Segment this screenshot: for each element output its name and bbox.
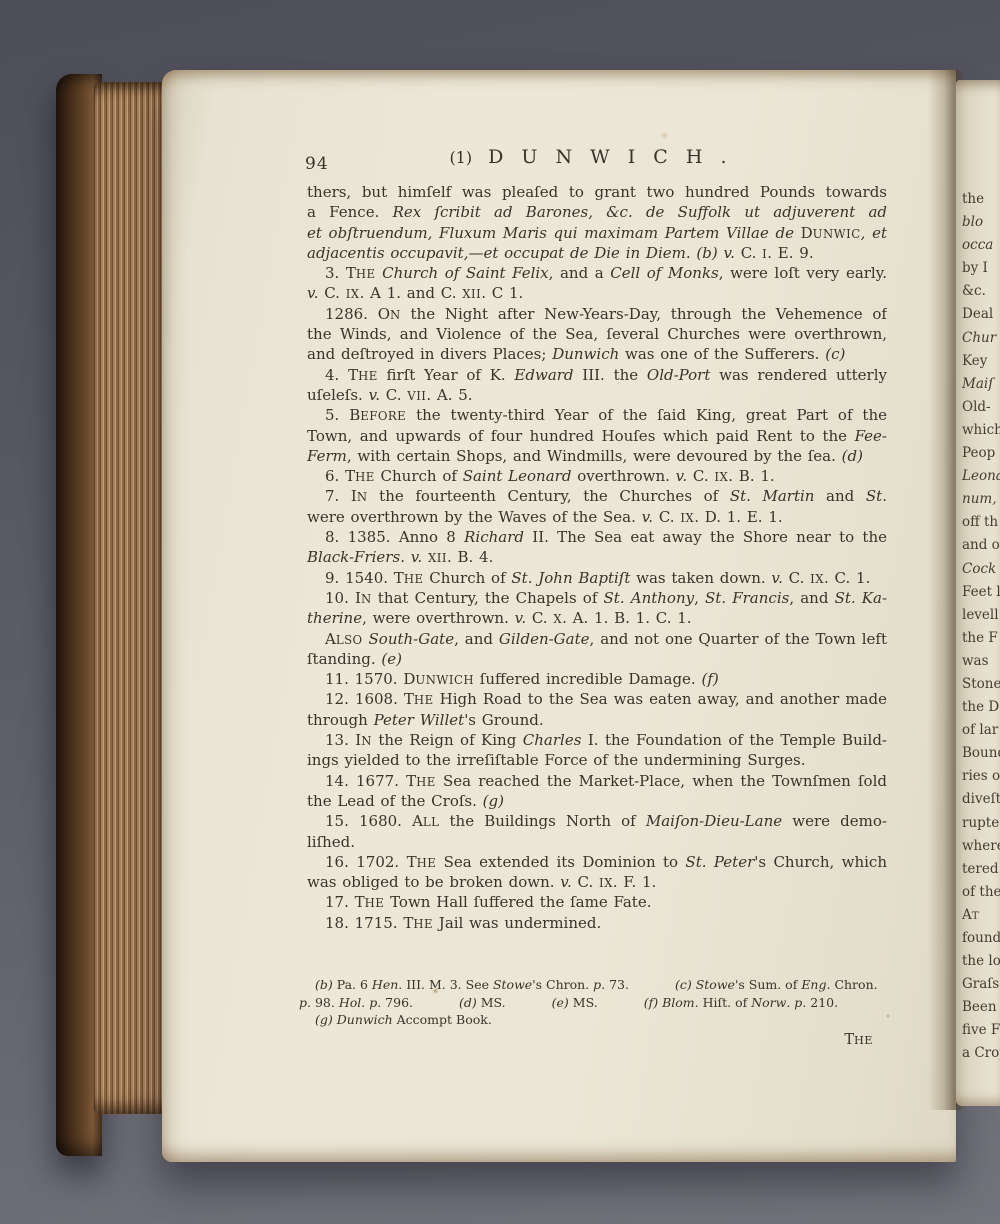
text-segment: T xyxy=(406,772,416,790)
text-segment: (d) xyxy=(459,995,477,1010)
text-segment: IX xyxy=(346,287,360,301)
text-fragment-line: Bound xyxy=(962,742,1000,765)
text-line: therine, were overthrown. v. C. X. A. 1.… xyxy=(307,608,887,628)
text-segment: C. xyxy=(687,467,714,485)
text-segment: Gilden-Gate xyxy=(499,630,590,648)
text-segment: Church of Saint Felix xyxy=(382,264,549,282)
text-segment: that Century, the Chapels of xyxy=(372,589,604,607)
text-segment: . D. 1. E. 1. xyxy=(694,508,782,526)
text-segment: ings yielded to the irreſiſtable Force o… xyxy=(307,751,805,769)
text-fragment-line: blo xyxy=(962,211,1000,234)
text-segment: THE xyxy=(348,366,378,384)
text-segment: Hol xyxy=(339,995,361,1010)
text-line: 5. BEFORE the twenty-third Year of the ſ… xyxy=(307,405,887,425)
text-line: 6. THE Church of Saint Leonard overthrow… xyxy=(307,466,887,486)
text-segment: Been (b xyxy=(962,999,1000,1015)
text-segment: LL xyxy=(423,815,439,829)
text-segment: 18. 1715. xyxy=(325,914,403,932)
text-fragment-line: &c. xyxy=(962,280,1000,303)
text-segment: HE xyxy=(416,775,436,789)
page-fore-edges xyxy=(94,82,170,1114)
text-line: 10. IN that Century, the Chapels of St. … xyxy=(307,588,887,608)
left-page: 94 (1)DUNWICH. thers, but himſelf was pl… xyxy=(162,70,956,1162)
text-segment: I. the Foundation of the Temple Build- xyxy=(581,731,887,749)
text-segment: Accompt Book. xyxy=(393,1012,492,1027)
text-line: v. C. IX. A 1. and C. XII. C 1. xyxy=(307,283,887,303)
text-segment: were overthrown by the Waves of the Sea. xyxy=(307,508,642,526)
text-segment: Old- xyxy=(962,399,991,415)
text-segment: Church of xyxy=(375,467,463,485)
text-fragment-line: the xyxy=(962,188,1000,211)
text-line: liſhed. xyxy=(307,832,887,852)
text-segment: Leona xyxy=(962,468,1000,484)
text-segment: rupted xyxy=(962,815,1000,831)
text-segment: . C. 1. xyxy=(824,569,870,587)
text-segment: HE xyxy=(404,572,424,586)
text-segment: levell xyxy=(962,607,999,623)
text-line: ALSO South-Gate, and Gilden-Gate, and no… xyxy=(307,629,887,649)
text-segment: HE xyxy=(365,896,385,910)
text-segment: a Crop xyxy=(962,1045,1000,1061)
text-segment: D xyxy=(801,224,813,242)
text-segment: 17. xyxy=(325,893,355,911)
text-segment: and xyxy=(814,487,865,505)
text-segment: 's Ground. xyxy=(464,711,543,729)
text-segment: Deal xyxy=(962,306,993,322)
text-segment: T xyxy=(844,1032,854,1048)
text-segment: , xyxy=(694,589,705,607)
text-line: the Lead of the Croſs. (g) xyxy=(307,791,887,811)
text-fragment-line: Leona xyxy=(962,465,1000,488)
text-segment: 9. 1540. xyxy=(325,569,394,587)
text-segment: 4. xyxy=(325,366,348,384)
text-segment: Dunwich xyxy=(552,345,619,363)
next-page-edge: theblooccaby I&c.DealChurKeyMaiſOld-whic… xyxy=(956,80,1000,1106)
text-segment: the F xyxy=(962,630,998,646)
text-segment: N xyxy=(361,734,372,748)
text-segment: ALSO xyxy=(325,630,363,648)
text-segment: . Hiſt. of xyxy=(695,995,752,1010)
text-line: p. 98. Hol. p. 796.(d) MS.(e) MS.(f) Blo… xyxy=(299,994,885,1012)
text-segment: IN xyxy=(355,589,372,607)
text-segment: Saint Leonard xyxy=(463,467,572,485)
text-segment: THE xyxy=(403,914,433,932)
text-segment: (c) xyxy=(675,977,692,992)
text-segment: v. xyxy=(642,508,653,526)
text-fragment-line: of lar xyxy=(962,719,1000,742)
text-segment: the twenty-third Year of the ſaid King, … xyxy=(406,406,887,424)
text-segment: N xyxy=(357,490,368,504)
text-fragment-line: the low xyxy=(962,950,1000,973)
text-segment: IX xyxy=(680,511,694,525)
text-fragment-line: was xyxy=(962,650,1000,673)
text-segment: Bound xyxy=(962,745,1000,761)
text-segment: 16. 1702. xyxy=(325,853,407,871)
text-segment: (e) xyxy=(381,650,402,668)
text-line: (g) Dunwich Accompt Book. xyxy=(299,1011,885,1029)
running-header: (1)DUNWICH. xyxy=(307,146,887,168)
text-segment: was obliged to be broken down. xyxy=(307,873,560,891)
text-fragment-line: five Fe xyxy=(962,1019,1000,1042)
text-fragment-line: num, xyxy=(962,488,1000,511)
text-segment: . F. 1. xyxy=(613,873,656,891)
text-segment: T xyxy=(355,893,365,911)
text-segment: . C 1. xyxy=(481,284,523,302)
text-segment: IN xyxy=(351,487,368,505)
text-segment: (b) xyxy=(315,977,333,992)
text-segment: THE xyxy=(355,893,385,911)
text-segment: C. xyxy=(741,244,762,262)
text-line: was obliged to be broken down. v. C. IX.… xyxy=(307,872,887,892)
text-segment: (e) xyxy=(552,995,569,1010)
text-segment: HE xyxy=(854,1034,873,1047)
text-fragment-line: Chur xyxy=(962,327,1000,350)
text-segment: v. xyxy=(515,609,526,627)
text-segment: were demo- xyxy=(782,812,887,830)
text-segment: wherei xyxy=(962,838,1000,854)
text-segment: liſhed. xyxy=(307,833,355,851)
text-segment: v. xyxy=(307,284,318,302)
text-segment: . Chron. xyxy=(827,977,878,992)
book-photo: 94 (1)DUNWICH. thers, but himſelf was pl… xyxy=(0,0,1000,1224)
text-segment: Edward xyxy=(514,366,573,384)
text-line: 12. 1608. THE High Road to the Sea was e… xyxy=(307,689,887,709)
text-fragment-line: Been (b xyxy=(962,996,1000,1019)
text-line: 14. 1677. THE Sea reached the Market-Pla… xyxy=(307,771,887,791)
text-segment: Charles xyxy=(523,731,582,749)
text-segment: the xyxy=(962,191,984,207)
text-segment: Peop xyxy=(962,445,995,461)
text-segment: five Fe xyxy=(962,1022,1000,1038)
text-segment: p xyxy=(593,977,601,992)
text-segment: which xyxy=(962,422,1000,438)
text-segment: . 73. xyxy=(601,977,629,992)
text-segment: T xyxy=(394,569,404,587)
text-segment: IX xyxy=(714,470,728,484)
text-fragment-line: Feet l xyxy=(962,581,1000,604)
text-segment: T xyxy=(407,853,417,871)
text-segment: High Road to the Sea was eaten away, and… xyxy=(434,690,887,708)
text-line: Ferm, with certain Shops, and Windmills,… xyxy=(307,446,887,466)
text-line: 15. 1680. ALL the Buildings North of Mai… xyxy=(307,811,887,831)
text-segment: overthrown. xyxy=(571,467,675,485)
text-segment: through xyxy=(307,711,374,729)
text-segment: ON xyxy=(378,305,401,323)
text-line: ings yielded to the irreſiſtable Force o… xyxy=(307,750,887,770)
text-segment: Church of xyxy=(423,569,511,587)
text-fragment-line: found xyxy=(962,927,1000,950)
text-segment: was one of the Sufferers. xyxy=(619,345,825,363)
text-segment: T xyxy=(972,910,979,922)
text-segment: A xyxy=(412,812,423,830)
text-segment: HE xyxy=(413,917,433,931)
text-segment: Stowe xyxy=(696,977,735,992)
text-segment: South-Gate xyxy=(369,630,455,648)
header-prefix: (1) xyxy=(449,148,472,167)
text-fragment-line: Maiſ xyxy=(962,373,1000,396)
text-segment: X xyxy=(553,612,562,626)
text-segment: Stowe xyxy=(493,977,532,992)
text-segment: T xyxy=(348,366,358,384)
text-segment: tered f xyxy=(962,861,1000,877)
text-fragment-line: Old- xyxy=(962,396,1000,419)
text-segment: Eng xyxy=(801,977,826,992)
text-fragment-line: Peop xyxy=(962,442,1000,465)
text-segment: . A. 1. B. 1. C. 1. xyxy=(562,609,691,627)
text-segment: 15. 1680. xyxy=(325,812,412,830)
text-fragment-line: Graſs; xyxy=(962,973,1000,996)
text-line: thers, but himſelf was pleaſed to grant … xyxy=(307,182,887,202)
next-page-text-fragments: theblooccaby I&c.DealChurKeyMaiſOld-whic… xyxy=(962,188,1000,1066)
text-segment: THE xyxy=(346,264,376,282)
text-segment: the low xyxy=(962,953,1000,969)
text-segment: Maiſon-Dieu-Lane xyxy=(646,812,782,830)
text-segment: III. the xyxy=(574,366,647,384)
text-segment: , and not one Quarter of the Town left xyxy=(590,630,887,648)
text-segment: Cell of Monks xyxy=(610,264,719,282)
text-segment: THE xyxy=(844,1032,873,1048)
text-segment: N xyxy=(361,592,372,606)
text-line: 9. 1540. THE Church of St. John Baptiſt … xyxy=(307,568,887,588)
text-segment: UNWIC xyxy=(813,227,861,241)
text-segment: LSO xyxy=(336,633,363,647)
text-segment: 5. xyxy=(325,406,349,424)
text-segment: v. xyxy=(369,386,380,404)
text-segment: D xyxy=(403,670,415,688)
text-segment: EFORE xyxy=(360,409,406,423)
text-segment: C. xyxy=(526,609,553,627)
text-segment: C. xyxy=(572,873,599,891)
text-segment: and deſtroyed in divers Places; xyxy=(307,345,552,363)
text-segment: diveſte xyxy=(962,791,1000,807)
text-segment: v. xyxy=(771,569,782,587)
text-segment: occa xyxy=(962,237,993,253)
text-segment: T xyxy=(404,690,414,708)
text-segment: St. Ka- xyxy=(835,589,887,607)
text-segment: of lar xyxy=(962,722,998,738)
text-line: 4. THE firſt Year of K. Edward III. the … xyxy=(307,365,887,385)
text-line: a Fence. Rex ſcribit ad Barones, &c. de … xyxy=(307,202,887,222)
text-segment: (f) xyxy=(701,670,718,688)
text-segment: . xyxy=(400,548,411,566)
text-segment: therine xyxy=(307,609,362,627)
text-fragment-line: wherei xyxy=(962,835,1000,858)
text-segment: 11. 1570. xyxy=(325,670,403,688)
text-segment: 6. xyxy=(325,467,345,485)
text-fragment-line: the F xyxy=(962,627,1000,650)
text-segment: XII xyxy=(462,287,481,301)
text-segment: ſtanding. xyxy=(307,650,381,668)
text-segment: 's Chron. xyxy=(532,977,593,992)
text-segment: . 796. xyxy=(377,995,413,1010)
text-segment: firſt Year of K. xyxy=(378,366,515,384)
text-segment: num, xyxy=(962,491,996,507)
text-line: 13. IN the Reign of King Charles I. the … xyxy=(307,730,887,750)
text-segment: St. Anthony xyxy=(604,589,695,607)
text-segment: . B. 1. xyxy=(728,467,774,485)
text-fragment-line: Key xyxy=(962,350,1000,373)
text-line: 8. 1385. Anno 8 Richard II. The Sea eat … xyxy=(307,527,887,547)
text-segment: 10. xyxy=(325,589,355,607)
text-segment: by I xyxy=(962,260,988,276)
text-segment: Ferm xyxy=(307,447,347,465)
text-segment: found xyxy=(962,930,1000,946)
text-segment: THE xyxy=(406,772,436,790)
text-segment: (c) xyxy=(825,345,845,363)
text-segment: DUNWICH xyxy=(403,670,474,688)
text-segment: 13. xyxy=(325,731,355,749)
text-segment: Rex ſcribit ad Barones, &c. de Suffolk u… xyxy=(307,203,887,222)
text-segment: HE xyxy=(355,470,375,484)
paper-stain xyxy=(886,1014,890,1018)
text-segment: the Buildings North of xyxy=(439,812,645,830)
text-segment: (f) xyxy=(644,995,658,1010)
text-line: ſtanding. (e) xyxy=(307,649,887,669)
text-fragment-line: a Crop xyxy=(962,1042,1000,1065)
text-segment: HE xyxy=(414,693,434,707)
text-segment: the Night after New-Years-Day, through t… xyxy=(401,305,887,323)
text-segment: MS. xyxy=(569,995,598,1010)
text-segment: was taken down. xyxy=(630,569,771,587)
text-segment: of the xyxy=(962,884,1000,900)
text-segment: T xyxy=(403,914,413,932)
text-segment: O xyxy=(378,305,390,323)
text-segment: St. Peter xyxy=(685,853,754,871)
text-segment: Richard xyxy=(464,528,524,546)
text-segment: thers, but himſelf was pleaſed to grant … xyxy=(307,183,887,202)
text-fragment-line: AT xyxy=(962,904,1000,927)
text-line: THE xyxy=(307,1030,873,1050)
text-segment: , and a xyxy=(549,264,611,282)
text-segment: , were overthrown. xyxy=(362,609,515,627)
text-line: Black-Friers. v. XII. B. 4. xyxy=(307,547,887,567)
text-line: and deſtroyed in divers Places; Dunwich … xyxy=(307,344,887,364)
text-line: (b) Pa. 6 Hen. III. M. 3. See Stowe's Ch… xyxy=(299,976,885,994)
text-segment: Hen xyxy=(372,977,398,992)
text-segment: Stone xyxy=(962,676,1000,692)
text-segment: UNWICH xyxy=(415,673,474,687)
text-segment: Norw xyxy=(751,995,786,1010)
text-segment: the fourteenth Century, the Churches of xyxy=(368,487,730,505)
text-segment: Pa. 6 xyxy=(333,977,372,992)
text-segment: C. xyxy=(783,569,810,587)
text-segment: , and xyxy=(789,589,834,607)
text-fragment-line: which xyxy=(962,419,1000,442)
text-segment: A xyxy=(962,907,972,923)
text-segment: N xyxy=(390,308,401,322)
text-segment: Chur xyxy=(962,330,996,346)
text-segment: et obſtruendum, Fluxum Maris qui maximam… xyxy=(307,224,801,242)
text-segment: Jail was undermined. xyxy=(433,914,601,932)
text-segment: . E. 9. xyxy=(767,244,813,262)
text-segment: Feet l xyxy=(962,584,1000,600)
text-segment: . A. 5. xyxy=(426,386,472,404)
text-segment: p xyxy=(299,995,307,1010)
catchword: THE xyxy=(307,1030,873,1050)
text-segment: THE xyxy=(345,467,375,485)
text-line: through Peter Willet's Ground. xyxy=(307,710,887,730)
text-segment: (g) xyxy=(315,1012,333,1027)
text-segment: T xyxy=(345,467,355,485)
text-segment: , were loſt very early. xyxy=(719,264,887,282)
text-segment: A xyxy=(325,630,336,648)
text-segment: IX xyxy=(810,572,824,586)
text-segment: II. The Sea eat away the Shore near to t… xyxy=(524,528,887,546)
text-segment: . B. 4. xyxy=(447,548,493,566)
text-segment: C. xyxy=(318,284,345,302)
text-segment: HE xyxy=(417,856,437,870)
text-segment: the Winds, and Violence of the Sea, ſeve… xyxy=(307,325,887,343)
body-text: thers, but himſelf was pleaſed to grant … xyxy=(307,182,887,933)
text-segment: v. xyxy=(676,467,687,485)
text-segment: Key xyxy=(962,353,987,369)
text-segment: the D xyxy=(962,699,999,715)
text-segment: blo xyxy=(962,214,983,230)
text-segment: off th xyxy=(962,514,998,530)
text-segment: Fee- xyxy=(855,427,887,445)
text-segment: . 98. xyxy=(307,995,339,1010)
text-segment: and o xyxy=(962,537,1000,553)
text-fragment-line: Cock xyxy=(962,558,1000,581)
text-line: 18. 1715. THE Jail was undermined. xyxy=(307,913,887,933)
text-segment: IX xyxy=(599,876,613,890)
text-segment: Black-Friers xyxy=(307,548,400,566)
text-segment: , and xyxy=(454,630,499,648)
text-segment: B xyxy=(349,406,360,424)
text-fragment-line: Stone xyxy=(962,673,1000,696)
text-segment: AT xyxy=(962,907,979,923)
text-segment: . 210. xyxy=(802,995,838,1010)
text-line: 3. THE Church of Saint Felix, and a Cell… xyxy=(307,263,887,283)
text-segment: ſuffered incredible Damage. xyxy=(474,670,701,688)
text-segment: Blom xyxy=(662,995,695,1010)
text-fragment-line: ries of xyxy=(962,765,1000,788)
text-segment: C. xyxy=(653,508,680,526)
text-segment: uſeleſs. xyxy=(307,386,369,404)
text-line: uſeleſs. v. C. VII. A. 5. xyxy=(307,385,887,405)
text-segment: Peter Willet xyxy=(374,711,465,729)
text-segment: 8. 1385. Anno 8 xyxy=(325,528,464,546)
text-fragment-line: occa xyxy=(962,234,1000,257)
text-segment: Town, and upwards of four hundred Houſes… xyxy=(307,427,855,445)
text-segment: &c. xyxy=(962,283,986,299)
text-line: were overthrown by the Waves of the Sea.… xyxy=(307,507,887,527)
text-segment: v. xyxy=(560,873,571,891)
text-segment: DUNWIC xyxy=(801,224,861,242)
text-segment: C. xyxy=(380,386,407,404)
text-segment: BEFORE xyxy=(349,406,406,424)
text-line: the Winds, and Violence of the Sea, ſeve… xyxy=(307,324,887,344)
text-segment: 14. 1677. xyxy=(325,772,406,790)
text-fragment-line: Deal xyxy=(962,303,1000,326)
footnotes: (b) Pa. 6 Hen. III. M. 3. See Stowe's Ch… xyxy=(299,976,885,1029)
text-fragment-line: levell xyxy=(962,604,1000,627)
text-segment: Old-Port xyxy=(647,366,710,384)
text-segment: (d) xyxy=(842,447,863,465)
text-line: 17. THE Town Hall ſuffered the ſame Fate… xyxy=(307,892,887,912)
text-segment: St. John Baptiſt xyxy=(511,569,630,587)
text-segment: HE xyxy=(356,267,376,281)
text-segment: 7. xyxy=(325,487,351,505)
text-segment: St. Francis xyxy=(705,589,789,607)
text-segment: (g) xyxy=(483,792,504,810)
text-line: 16. 1702. THE Sea extended its Dominion … xyxy=(307,852,887,872)
text-segment: T xyxy=(346,264,356,282)
paper-stain xyxy=(660,132,669,139)
text-segment: HE xyxy=(358,369,378,383)
text-fragment-line: the D xyxy=(962,696,1000,719)
text-segment: adjacentis occupavit,—et occupat de Die … xyxy=(307,244,741,262)
